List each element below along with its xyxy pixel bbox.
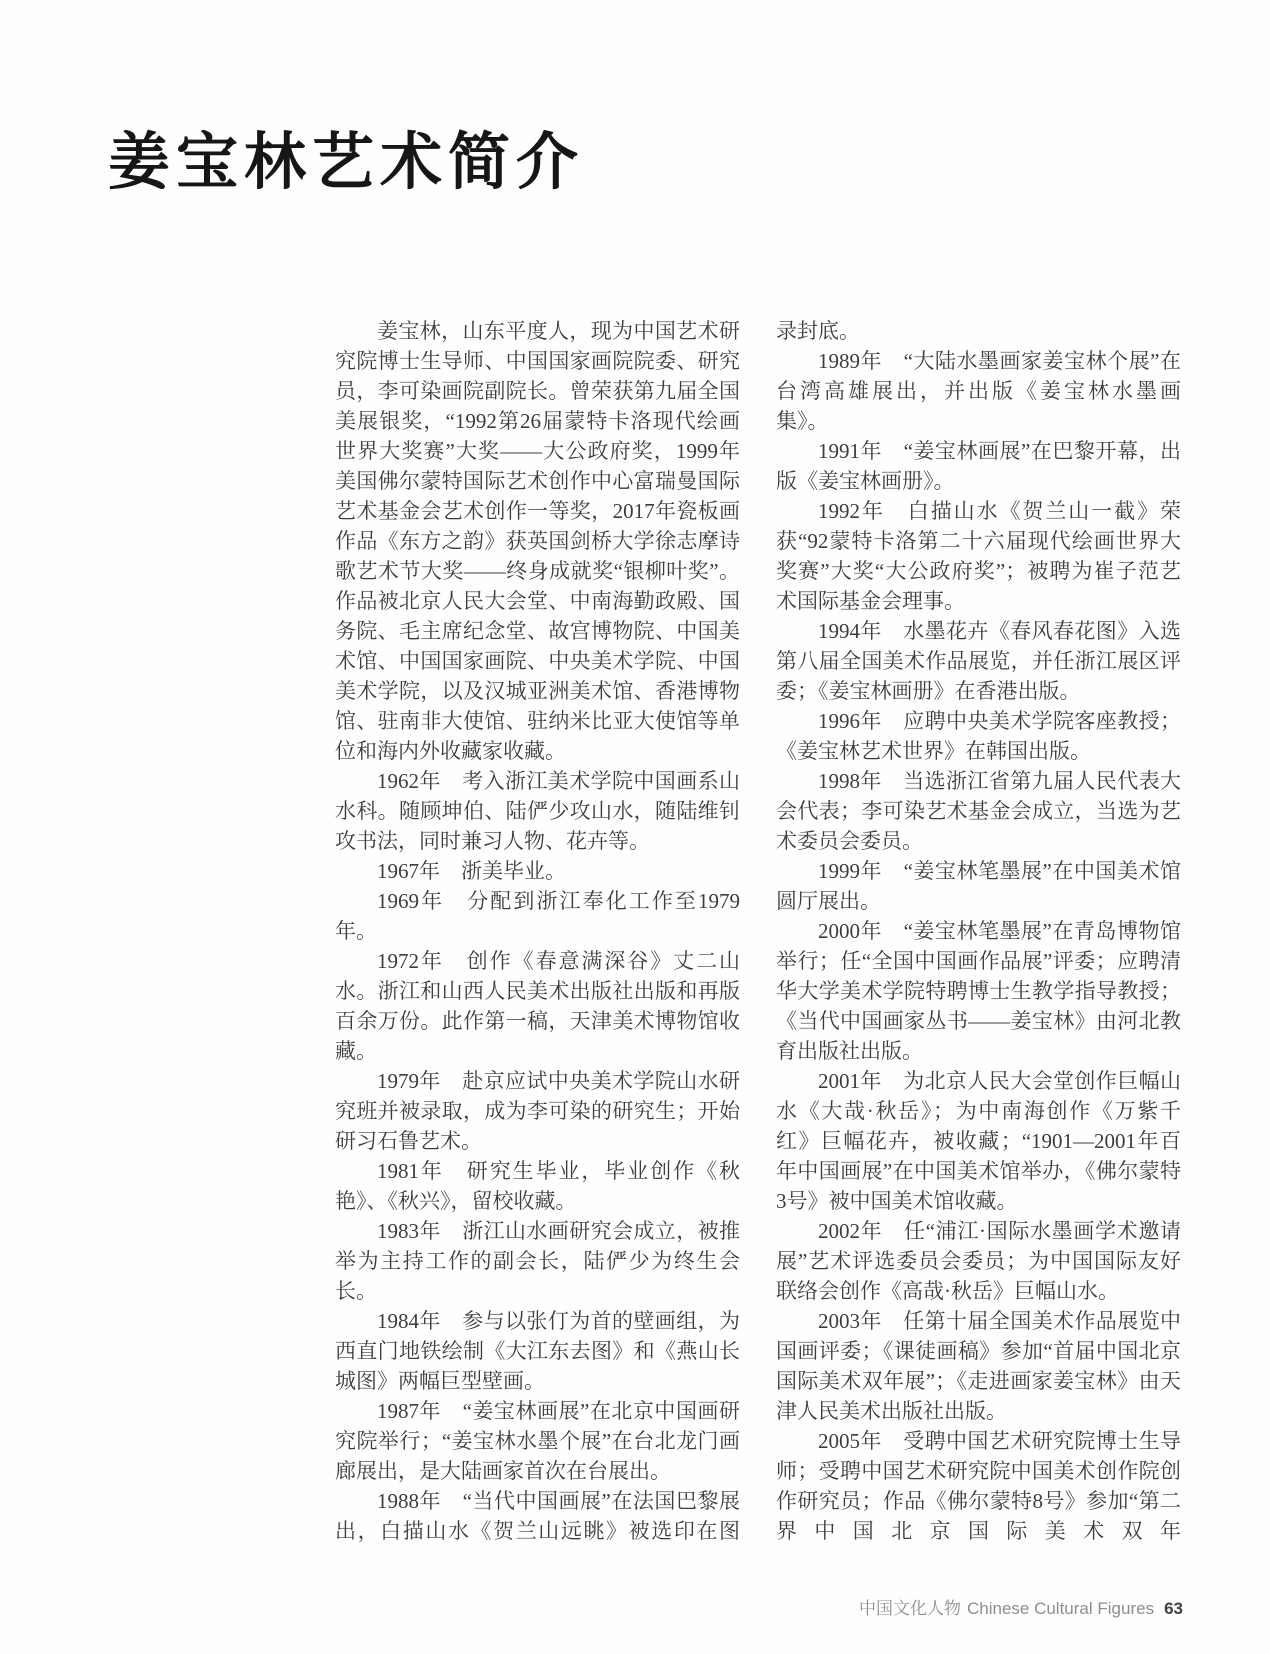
paragraph: 1967年 浙美毕业。 [335,856,740,886]
body-columns: 姜宝林，山东平度人，现为中国艺术研究院博士生导师、中国国家画院院委、研究员，李可… [335,316,1181,1546]
paragraph: 录封底。 [776,316,1181,346]
left-column: 姜宝林，山东平度人，现为中国艺术研究院博士生导师、中国国家画院院委、研究员，李可… [335,316,740,1546]
paragraph: 1988年 “当代中国画展”在法国巴黎展出，白描山水《贺兰山远眺》被选印在图 [335,1486,740,1546]
paragraph: 2000年 “姜宝林笔墨展”在青岛博物馆举行；任“全国中国画作品展”评委；应聘清… [776,916,1181,1066]
paragraph: 姜宝林，山东平度人，现为中国艺术研究院博士生导师、中国国家画院院委、研究员，李可… [335,316,740,766]
paragraph: 2005年 受聘中国艺术研究院博士生导师；受聘中国艺术研究院中国美术创作院创作研… [776,1426,1181,1546]
paragraph: 1984年 参与以张仃为首的壁画组，为西直门地铁绘制《大江东去图》和《燕山长城图… [335,1306,740,1396]
paragraph: 1983年 浙江山水画研究会成立，被推举为主持工作的副会长，陆俨少为终生会长。 [335,1216,740,1306]
page-number: 63 [1164,1599,1183,1618]
paragraph: 1962年 考入浙江美术学院中国画系山水科。随顾坤伯、陆俨少攻山水，随陆维钊攻书… [335,766,740,856]
paragraph: 2002年 任“浦江·国际水墨画学术邀请展”艺术评选委员会委员；为中国国际友好联… [776,1216,1181,1306]
paragraph: 1979年 赴京应试中央美术学院山水研究班并被录取，成为李可染的研究生；开始研习… [335,1066,740,1156]
paragraph: 2001年 为北京人民大会堂创作巨幅山水《大哉·秋岳》；为中南海创作《万紫千红》… [776,1066,1181,1216]
page-footer: 中国文化人物Chinese Cultural Figures63 [859,1594,1183,1619]
footer-label-en: Chinese Cultural Figures [967,1599,1154,1618]
paragraph: 1992年 白描山水《贺兰山一截》荣获“92蒙特卡洛第二十六届现代绘画世界大奖赛… [776,496,1181,616]
paragraph: 1972年 创作《春意满深谷》丈二山水。浙江和山西人民美术出版社出版和再版百余万… [335,946,740,1066]
paragraph: 1994年 水墨花卉《春风春花图》入选第八届全国美术作品展览，并任浙江展区评委；… [776,616,1181,706]
paragraph: 1987年 “姜宝林画展”在北京中国画研究院举行；“姜宝林水墨个展”在台北龙门画… [335,1396,740,1486]
paragraph: 1991年 “姜宝林画展”在巴黎开幕，出版《姜宝林画册》。 [776,436,1181,496]
footer-label-zh: 中国文化人物 [859,1599,961,1618]
page: 姜宝林艺术简介 姜宝林，山东平度人，现为中国艺术研究院博士生导师、中国国家画院院… [0,0,1270,1654]
paragraph: 1969年 分配到浙江奉化工作至1979年。 [335,886,740,946]
page-title: 姜宝林艺术简介 [108,112,584,201]
paragraph: 1989年 “大陆水墨画家姜宝林个展”在台湾高雄展出，并出版《姜宝林水墨画集》。 [776,346,1181,436]
paragraph: 1999年 “姜宝林笔墨展”在中国美术馆圆厅展出。 [776,856,1181,916]
paragraph: 1996年 应聘中央美术学院客座教授；《姜宝林艺术世界》在韩国出版。 [776,706,1181,766]
paragraph: 1981年 研究生毕业，毕业创作《秋艳》、《秋兴》，留校收藏。 [335,1156,740,1216]
paragraph: 2003年 任第十届全国美术作品展览中国画评委；《课徒画稿》参加“首届中国北京国… [776,1306,1181,1426]
paragraph: 1998年 当选浙江省第九届人民代表大会代表；李可染艺术基金会成立，当选为艺术委… [776,766,1181,856]
right-column: 录封底。1989年 “大陆水墨画家姜宝林个展”在台湾高雄展出，并出版《姜宝林水墨… [776,316,1181,1546]
